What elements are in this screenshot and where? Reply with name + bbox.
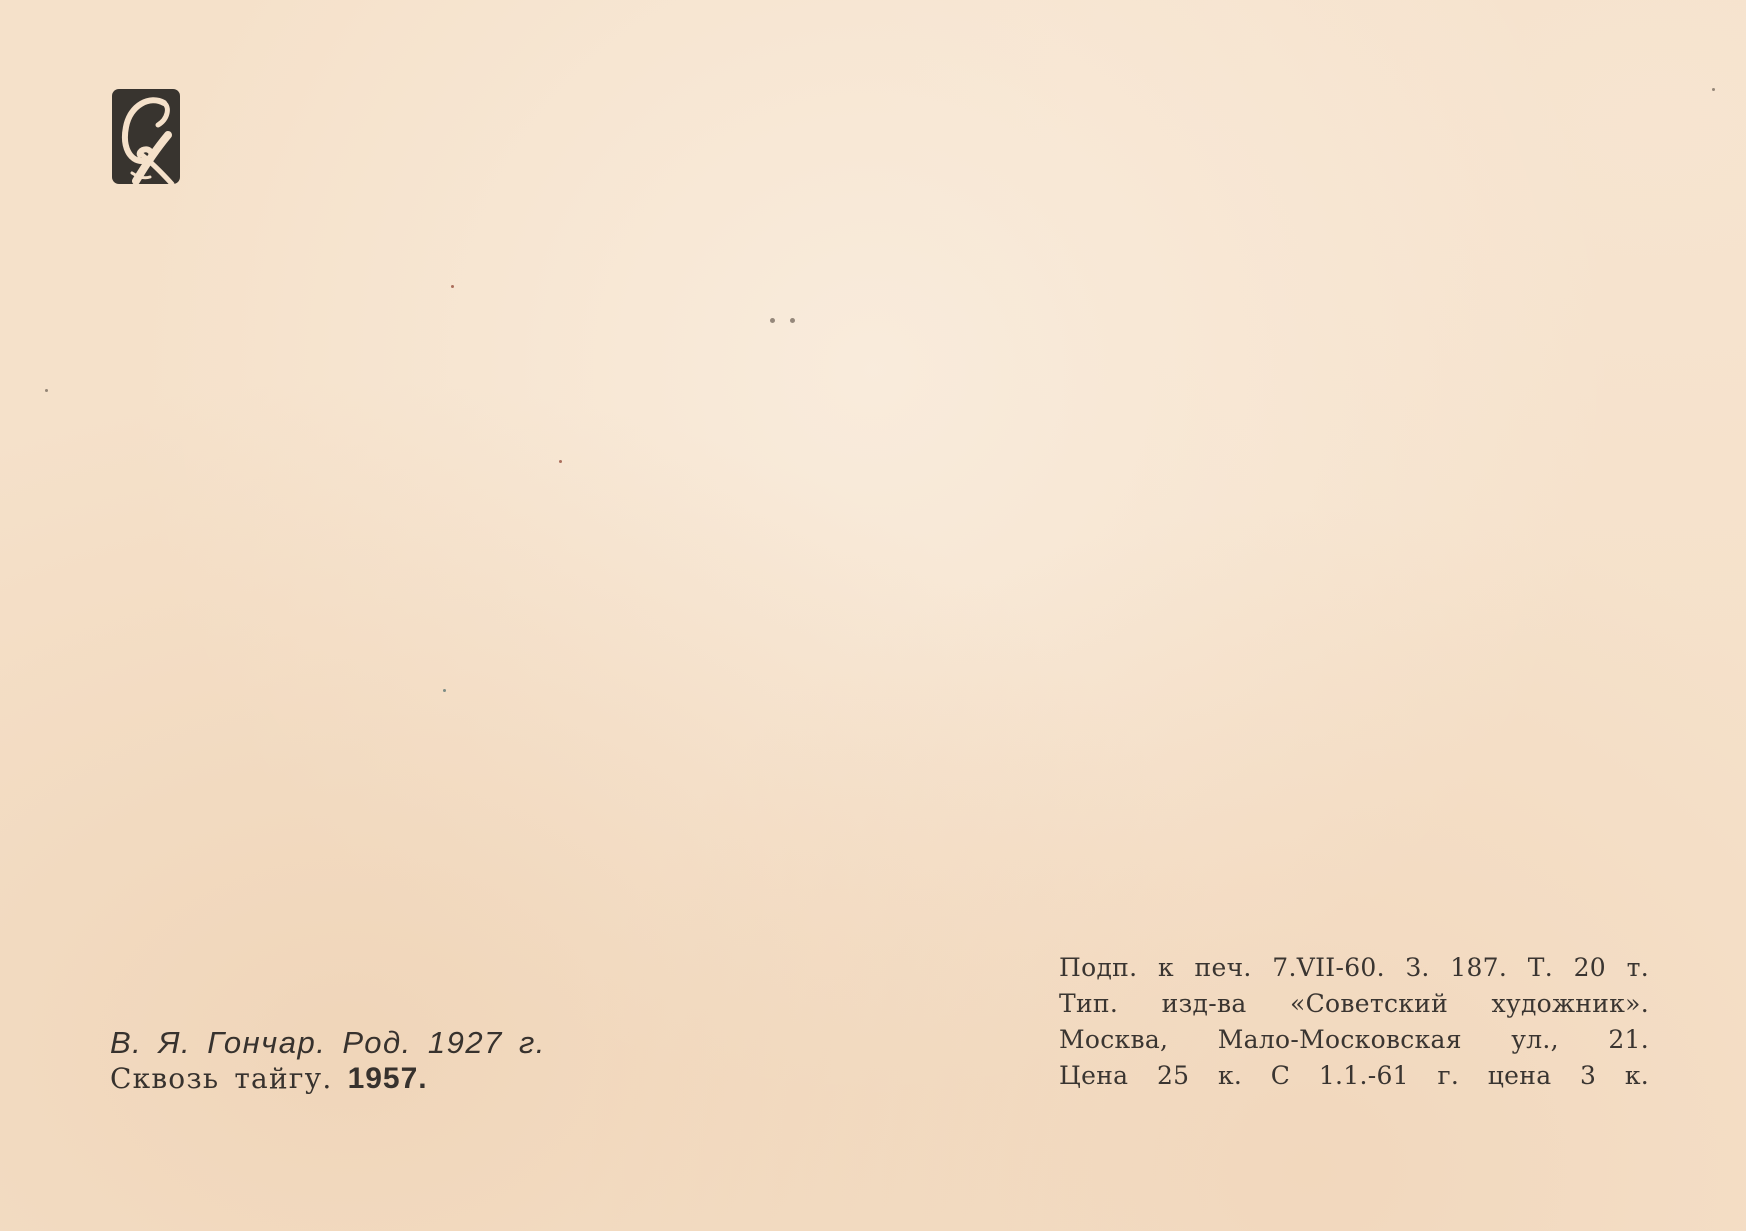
- paper-speck: [443, 689, 446, 692]
- postcard-back: В. Я. Гончар. Род. 1927 г. Сквозь тайгу.…: [0, 0, 1746, 1231]
- imprint-line-address: Москва, Мало-Московская ул., 21.: [1059, 1022, 1649, 1058]
- artwork-title-line: Сквозь тайгу. 1957.: [110, 1062, 546, 1096]
- imprint-line-printer: Тип. изд-ва «Советский художник».: [1059, 986, 1649, 1022]
- artwork-caption: В. Я. Гончар. Род. 1927 г. Сквозь тайгу.…: [110, 1024, 546, 1096]
- paper-speck: [790, 318, 795, 323]
- artwork-title: Сквозь тайгу.: [110, 1062, 332, 1095]
- paper-speck: [770, 318, 775, 323]
- paper-speck: [559, 460, 562, 463]
- paper-speck: [1712, 88, 1715, 91]
- publisher-logo: [112, 89, 180, 184]
- artist-line: В. Я. Гончар. Род. 1927 г.: [110, 1024, 546, 1062]
- sk-monogram-icon: [112, 89, 180, 184]
- printing-imprint: Подп. к печ. 7.VII-60. З. 187. Т. 20 т. …: [1059, 950, 1649, 1094]
- artwork-year: 1957.: [348, 1062, 428, 1095]
- paper-speck: [451, 285, 454, 288]
- imprint-line-print-date: Подп. к печ. 7.VII-60. З. 187. Т. 20 т.: [1059, 950, 1649, 986]
- paper-speck: [45, 389, 48, 392]
- imprint-line-price: Цена 25 к. С 1.1.-61 г. цена 3 к.: [1059, 1058, 1649, 1094]
